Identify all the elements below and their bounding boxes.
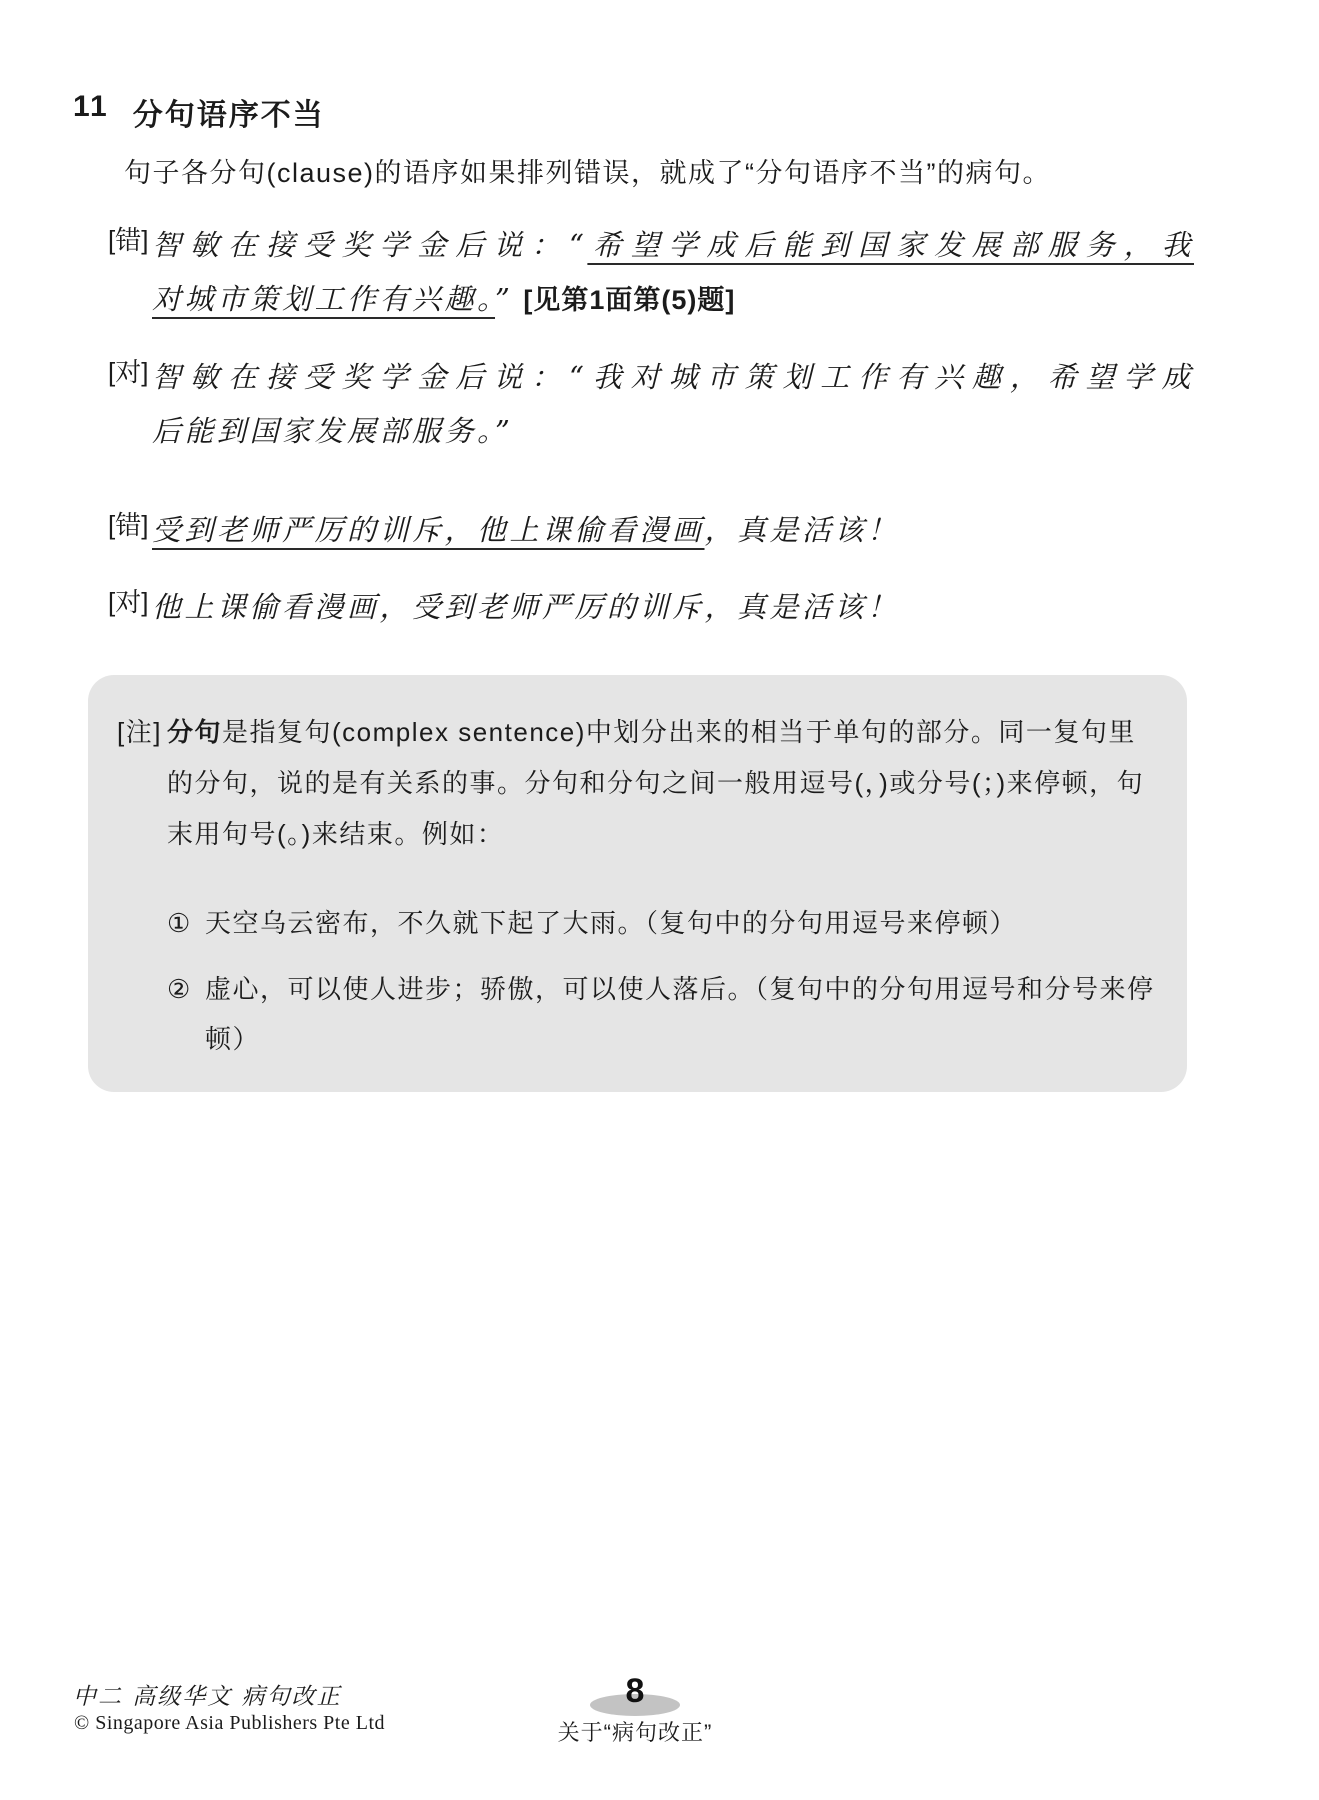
example-1-line-1: 智敏在接受奖学金后说：“希望学成后能到国家发展部服务，我	[152, 218, 1194, 272]
example-2-line-1: 受到老师严厉的训斥，他上课偷看漫画，真是活该！	[152, 503, 1194, 557]
footer-copyright: © Singapore Asia Publishers Pte Ltd	[74, 1712, 385, 1735]
example-1-underlined-part-2: 对城市策划工作有兴趣。	[152, 282, 495, 316]
circled-2-number: ②	[167, 964, 205, 1014]
right-label: [对]	[108, 350, 152, 389]
note-paragraph-row: [注] 分句是指复句(complex sentence)中划分出来的相当于单句的…	[117, 707, 1157, 882]
circled-1-number: ①	[167, 898, 205, 948]
section-heading: 11 分句语序不当	[73, 90, 325, 134]
example-2-correct: [对] 他上课偷看漫画，受到老师严厉的训斥，真是活该！	[108, 580, 1194, 634]
example-2-correct-line-1: 他上课偷看漫画，受到老师严厉的训斥，真是活该！	[152, 580, 1194, 634]
example-1-correct-line-2: 后能到国家发展部服务。”	[152, 404, 1194, 458]
section-number: 11	[73, 90, 109, 134]
footer-book-title: 中二 高级华文 病句改正	[73, 1678, 342, 1711]
note-body: 是指复句(complex sentence)中划分出来的相当于单句的部分。同一复…	[167, 717, 1144, 849]
wrong-label: [错]	[108, 503, 152, 542]
note-item-1: ① 天空乌云密布，不久就下起了大雨。（复句中的分句用逗号来停顿）	[167, 898, 1157, 948]
wrong-label: [错]	[108, 218, 152, 257]
example-1-prefix: 智敏在接受奖学金后说：“	[152, 228, 587, 262]
example-2-correct-text: 他上课偷看漫画，受到老师严厉的训斥，真是活该！	[152, 580, 1194, 634]
example-2-text: 受到老师严厉的训斥，他上课偷看漫画，真是活该！	[152, 503, 1194, 557]
note-box: [注] 分句是指复句(complex sentence)中划分出来的相当于单句的…	[88, 675, 1187, 1092]
example-1-correct-line-1: 智敏在接受奖学金后说：“我对城市策划工作有兴趣，希望学成	[152, 350, 1194, 404]
note-paragraph: 分句是指复句(complex sentence)中划分出来的相当于单句的部分。同…	[167, 707, 1157, 860]
example-1-correct: [对] 智敏在接受奖学金后说：“我对城市策划工作有兴趣，希望学成 后能到国家发展…	[108, 350, 1194, 458]
page-number: 8	[560, 1672, 710, 1711]
example-1-reference: [见第1面第(5)题]	[523, 285, 735, 315]
note-item-2: ② 虚心，可以使人进步；骄傲，可以使人落后。（复句中的分句用逗号和分号来停顿）	[167, 964, 1157, 1064]
example-1-line-2: 对城市策划工作有兴趣。”[见第1面第(5)题]	[152, 272, 1194, 327]
footer-section-ref: 关于“病句改正”	[532, 1716, 738, 1747]
intro-paragraph: 句子各分句(clause)的语序如果排列错误，就成了“分句语序不当”的病句。	[124, 153, 1194, 193]
right-label: [对]	[108, 580, 152, 619]
note-term: 分句	[167, 717, 222, 747]
example-2-underlined-part: 受到老师严厉的训斥，他上课偷看漫画	[152, 513, 705, 547]
section-title: 分句语序不当	[133, 90, 325, 134]
note-item-2-text: 虚心，可以使人进步；骄傲，可以使人落后。（复句中的分句用逗号和分号来停顿）	[205, 964, 1155, 1064]
example-2-wrong: [错] 受到老师严厉的训斥，他上课偷看漫画，真是活该！	[108, 503, 1194, 557]
example-1-underlined-part-1: 希望学成后能到国家发展部服务，我	[587, 228, 1194, 262]
example-1-close-quote: ”	[495, 282, 513, 316]
example-1-correct-text: 智敏在接受奖学金后说：“我对城市策划工作有兴趣，希望学成 后能到国家发展部服务。…	[152, 350, 1194, 458]
note-label: [注]	[117, 707, 167, 758]
example-1-wrong: [错] 智敏在接受奖学金后说：“希望学成后能到国家发展部服务，我 对城市策划工作…	[108, 218, 1194, 327]
example-1-text: 智敏在接受奖学金后说：“希望学成后能到国家发展部服务，我 对城市策划工作有兴趣。…	[152, 218, 1194, 327]
note-item-1-text: 天空乌云密布，不久就下起了大雨。（复句中的分句用逗号来停顿）	[205, 898, 1155, 948]
example-2-rest: ，真是活该！	[705, 513, 900, 547]
